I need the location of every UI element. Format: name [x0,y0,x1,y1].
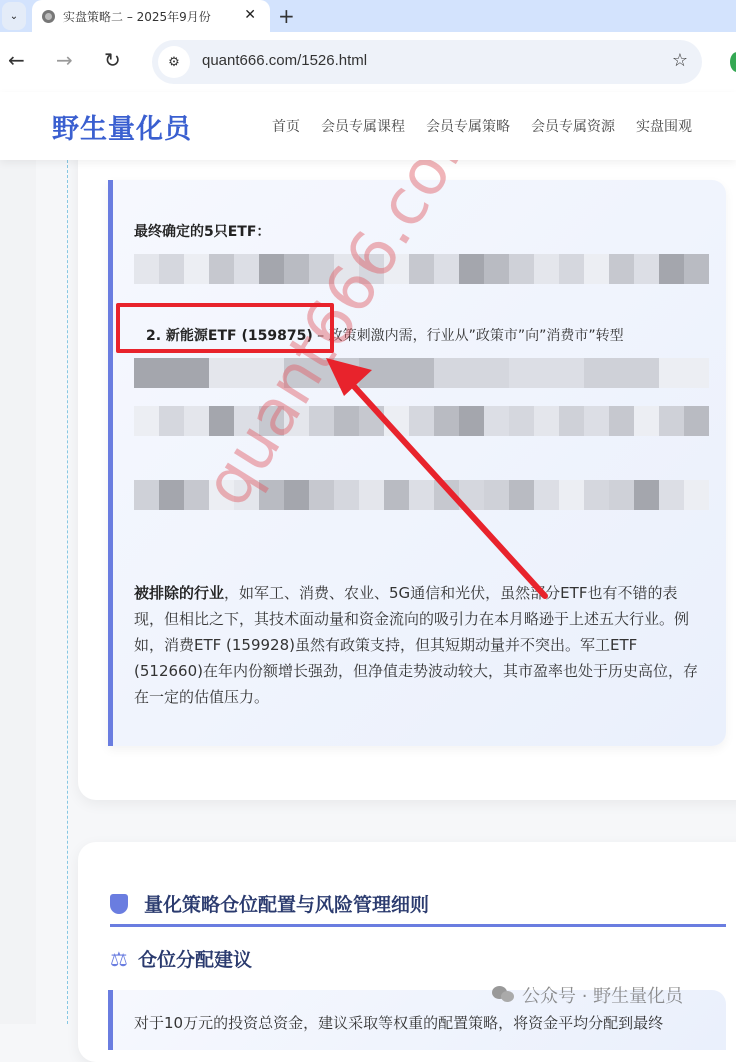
section-heading: 量化策略仓位配置与风险管理细则 [110,890,429,917]
main-nav: 首页 会员专属课程 会员专属策略 会员专属资源 实盘围观 [272,116,713,136]
nav-member-resources[interactable]: 会员专属资源 [531,116,615,136]
subsection-heading: ⚖ 仓位分配建议 [110,945,252,972]
shield-icon [110,894,128,914]
url-text[interactable]: quant666.com/1526.html [202,52,367,69]
balance-scale-icon: ⚖ [110,947,128,971]
section-title: 量化策略仓位配置与风险管理细则 [144,890,429,917]
annotation-highlight-box [116,303,334,353]
section-divider [110,924,726,927]
excluded-text: ，如军工、消费、农业、5G通信和光伏，虽然部分ETF也有不错的表现，但相比之下，… [134,584,698,706]
site-logo[interactable]: 野生量化员 [52,107,192,146]
nav-member-courses[interactable]: 会员专属课程 [321,116,405,136]
subsection-title: 仓位分配建议 [138,945,252,972]
bookmark-star-icon[interactable]: ☆ [672,50,688,71]
reload-button[interactable]: ↻ [104,48,121,72]
etf-list-heading: 最终确定的5只ETF： [134,221,270,241]
redacted-line-3 [134,358,709,388]
page-margin [0,160,36,1024]
back-button[interactable]: ← [8,48,25,72]
tab-search-button[interactable]: ⌄ [2,2,26,30]
tab-active[interactable]: 实盘策略二 – 2025年9月份 ✕ [32,0,270,32]
new-tab-button[interactable]: + [278,4,295,28]
nav-home[interactable]: 首页 [272,116,300,136]
nav-live-trading[interactable]: 实盘围观 [636,116,692,136]
excluded-industries-paragraph: 被排除的行业，如军工、消费、农业、5G通信和光伏，虽然部分ETF也有不错的表现，… [134,580,704,710]
wechat-account-name: 公众号 · 野生量化员 [522,982,683,1008]
chevron-down-icon: ⌄ [10,11,18,22]
wechat-icon [492,986,516,1004]
browser-toolbar: ← → ↻ ⚙ quant666.com/1526.html ☆ [0,32,736,92]
globe-icon [42,10,55,23]
allocation-text: 对于10万元的投资总资金，建议采取等权重的配置策略，将资金平均分配到最终 [134,1012,663,1024]
tab-strip: ⌄ 实盘策略二 – 2025年9月份 ✕ + [0,0,736,32]
nav-member-strategies[interactable]: 会员专属策略 [426,116,510,136]
guide-line [67,160,68,1024]
redacted-line-1 [134,254,709,284]
address-bar[interactable]: ⚙ quant666.com/1526.html ☆ [152,40,702,84]
site-info-icon[interactable]: ⚙ [158,46,190,78]
excluded-label: 被排除的行业 [134,584,224,602]
tab-title: 实盘策略二 – 2025年9月份 [63,8,218,25]
profile-avatar[interactable] [730,52,736,72]
wechat-watermark: 公众号 · 野生量化员 [492,982,683,1008]
site-header: 野生量化员 首页 会员专属课程 会员专属策略 会员专属资源 实盘围观 [0,92,736,160]
close-icon[interactable]: ✕ [244,7,256,23]
forward-button[interactable]: → [56,48,73,72]
